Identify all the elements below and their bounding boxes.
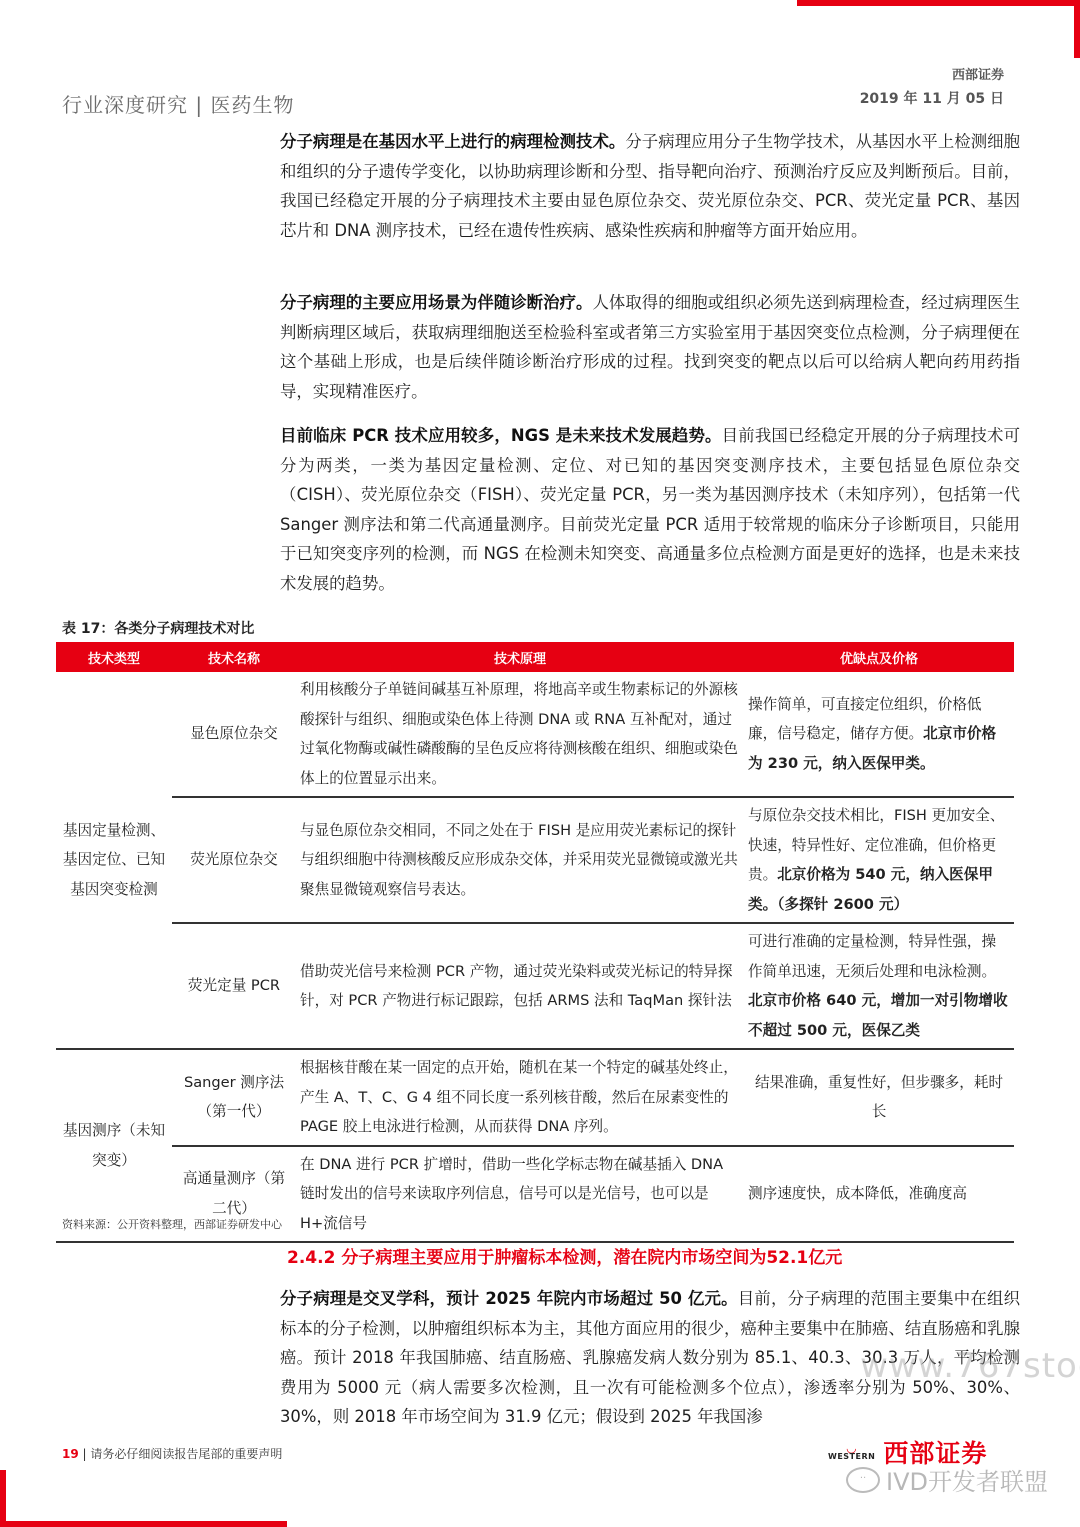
tech-name-cell: 荧光定量 PCR xyxy=(172,923,296,1049)
header-type: 技术类型 xyxy=(56,642,172,672)
tech-pros-cell: 与原位杂交技术相比，FISH 更加安全、快速，特异性好、定位准确，但价格更贵。北… xyxy=(744,797,1014,923)
firm-name: 西部证券 xyxy=(860,68,1004,84)
page-number: 19 xyxy=(62,1447,79,1461)
paragraph-4-lead: 分子病理是交叉学科，预计 2025 年院内市场超过 50 亿元。 xyxy=(280,1289,738,1308)
tech-type-cell: 基因测序（未知突变） xyxy=(56,1049,172,1242)
paragraph-3-lead: 目前临床 PCR 技术应用较多，NGS 是未来技术发展趋势。 xyxy=(280,426,722,445)
paragraph-1: 分子病理是在基因水平上进行的病理检测技术。分子病理应用分子生物学技术，从基因水平… xyxy=(280,127,1020,245)
table-caption: 表 17：各类分子病理技术对比 xyxy=(62,618,254,638)
paragraph-3: 目前临床 PCR 技术应用较多，NGS 是未来技术发展趋势。目前我国已经稳定开展… xyxy=(280,421,1020,598)
header-pros-price: 优缺点及价格 xyxy=(744,642,1014,672)
header-right: 西部证券 2019 年 11 月 05 日 xyxy=(860,68,1004,110)
paragraph-2: 分子病理的主要应用场景为伴随诊断治疗。人体取得的细胞或组织必须先送到病理检查，经… xyxy=(280,288,1020,406)
tech-pros-cell: 可进行准确的定量检测，特异性强，操作简单迅速，无须后处理和电泳检测。北京市价格 … xyxy=(744,923,1014,1049)
table-row: 荧光定量 PCR 借助荧光信号来检测 PCR 产物，通过荧光染料或荧光标记的特异… xyxy=(56,923,1014,1049)
website-watermark: www.767stock.com xyxy=(860,1346,1080,1386)
wechat-account-name: IVD开发者联盟 xyxy=(886,1462,1048,1497)
tech-principle-cell: 与显色原位杂交相同，不同之处在于 FISH 是应用荧光素标记的探针与组织细胞中待… xyxy=(296,797,744,923)
section-heading: 2.4.2 分子病理主要应用于肿瘤标本检测，潜在院内市场空间为52.1亿元 xyxy=(287,1243,842,1268)
tech-name-cell: 显色原位杂交 xyxy=(172,672,296,797)
tech-pros-cell: 操作简单，可直接定位组织，价格低廉，信号稳定，储存方便。北京市价格为 230 元… xyxy=(744,672,1014,797)
top-corner-decoration xyxy=(797,0,1080,58)
paragraph-3-body: 目前我国已经稳定开展的分子病理技术可分为两类，一类为基因定量检测、定位、对已知的… xyxy=(280,426,1020,593)
table-row: 基因定量检测、基因定位、已知基因突变检测 显色原位杂交 利用核酸分子单链间碱基互… xyxy=(56,672,1014,797)
header-principle: 技术原理 xyxy=(296,642,744,672)
comparison-table: 技术类型 技术名称 技术原理 优缺点及价格 基因定量检测、基因定位、已知基因突变… xyxy=(56,642,1014,1243)
footer-disclaimer: 19 | 请务必仔细阅读报告尾部的重要声明 xyxy=(62,1445,282,1462)
tech-principle-cell: 根据核苷酸在某一固定的点开始，随机在某一个特定的碱基处终止，产生 A、T、C、G… xyxy=(296,1049,744,1146)
report-date: 2019 年 11 月 05 日 xyxy=(860,88,1004,110)
table-source: 资料来源：公开资料整理，西部证券研发中心 xyxy=(62,1216,282,1232)
tech-principle-cell: 利用核酸分子单链间碱基互补原理，将地高辛或生物素标记的外源核酸探针与组织、细胞或… xyxy=(296,672,744,797)
tech-pros-cell: 结果准确，重复性好，但步骤多，耗时长 xyxy=(744,1049,1014,1146)
tech-type-cell: 基因定量检测、基因定位、已知基因突变检测 xyxy=(56,672,172,1049)
paragraph-1-lead: 分子病理是在基因水平上进行的病理检测技术。 xyxy=(280,132,625,151)
bull-horns-icon: ◡ xyxy=(828,1444,875,1452)
tech-name-cell: Sanger 测序法（第一代） xyxy=(172,1049,296,1146)
table-row: 荧光原位杂交 与显色原位杂交相同，不同之处在于 FISH 是应用荧光素标记的探针… xyxy=(56,797,1014,923)
header-name: 技术名称 xyxy=(172,642,296,672)
wechat-watermark: ·· IVD开发者联盟 xyxy=(846,1462,1048,1497)
report-category: 行业深度研究 | 医药生物 xyxy=(62,89,294,118)
tech-name-cell: 荧光原位杂交 xyxy=(172,797,296,923)
table-row: 基因测序（未知突变） Sanger 测序法（第一代） 根据核苷酸在某一固定的点开… xyxy=(56,1049,1014,1146)
tech-principle-cell: 在 DNA 进行 PCR 扩增时，借助一些化学标志物在碱基插入 DNA 链时发出… xyxy=(296,1146,744,1243)
disclaimer-text: 请务必仔细阅读报告尾部的重要声明 xyxy=(90,1447,282,1461)
wechat-icon: ·· xyxy=(846,1467,880,1493)
bottom-corner-decoration xyxy=(0,1470,287,1527)
logo-en: ◡ WESTERN xyxy=(828,1444,875,1461)
table-header-row: 技术类型 技术名称 技术原理 优缺点及价格 xyxy=(56,642,1014,672)
paragraph-2-lead: 分子病理的主要应用场景为伴随诊断治疗。 xyxy=(280,293,592,312)
tech-principle-cell: 借助荧光信号来检测 PCR 产物，通过荧光染料或荧光标记的特异探针，对 PCR … xyxy=(296,923,744,1049)
tech-pros-cell: 测序速度快，成本降低，准确度高 xyxy=(744,1146,1014,1243)
